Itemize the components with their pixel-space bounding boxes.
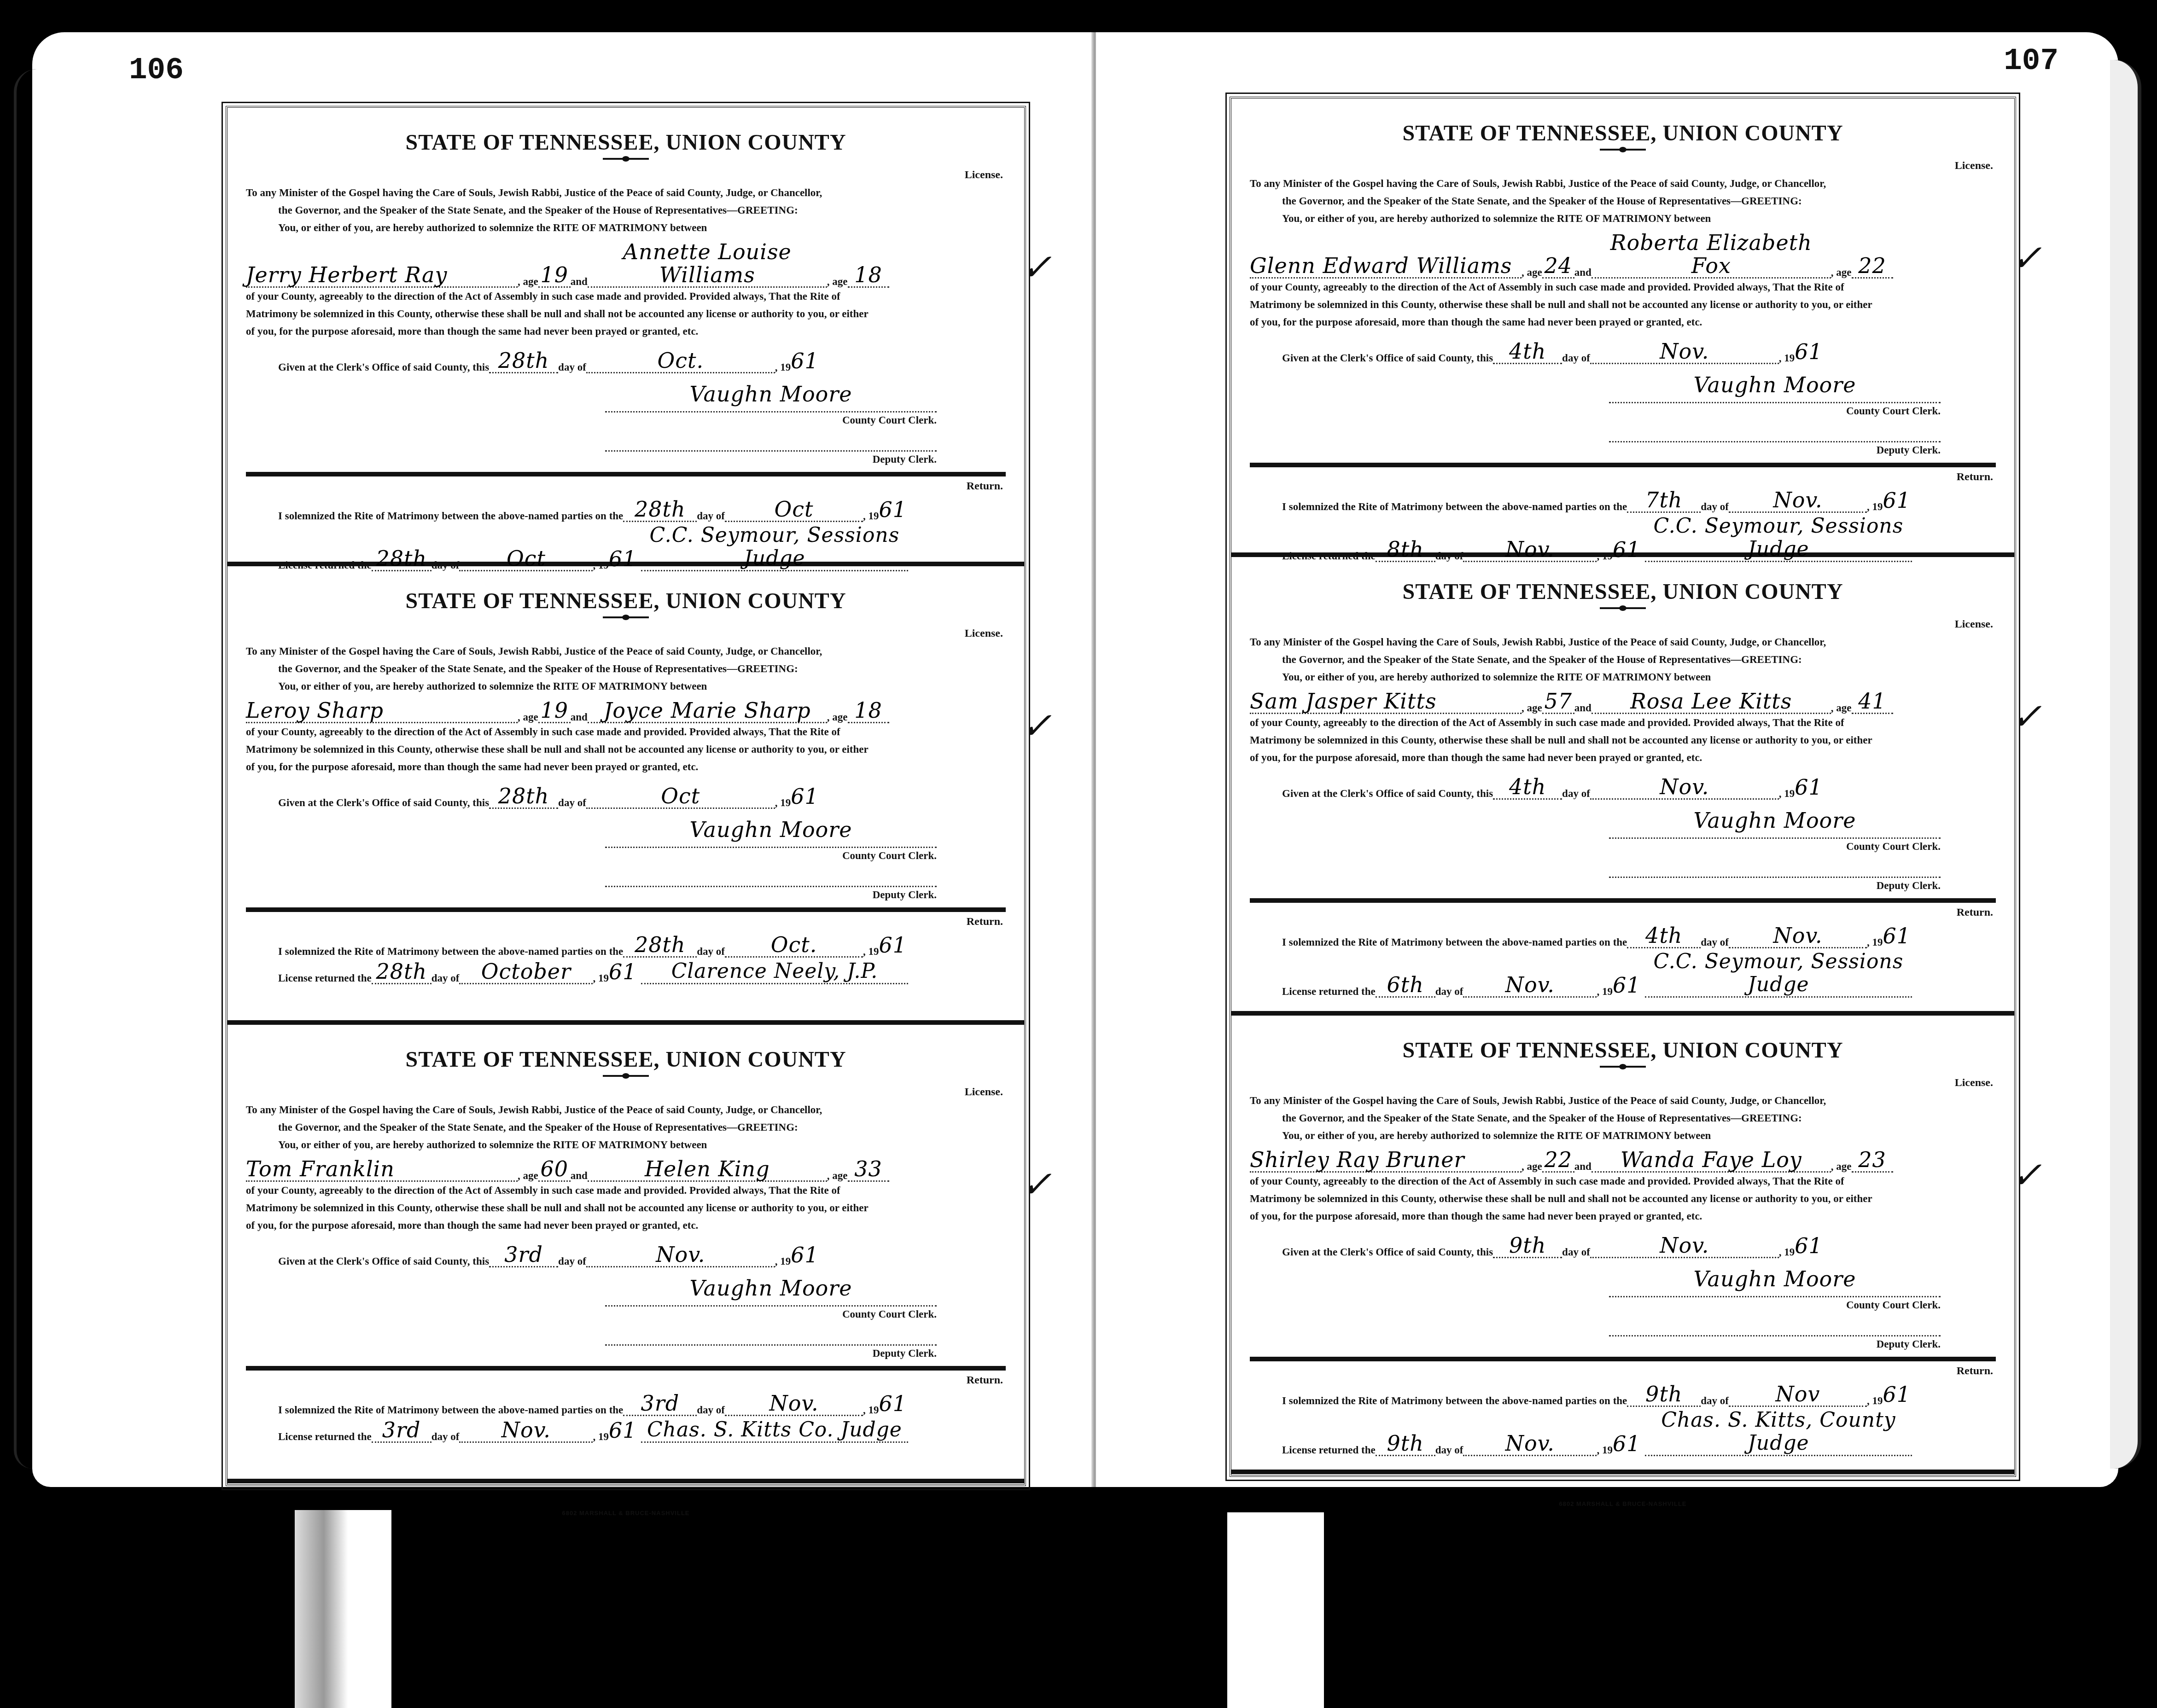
clerk-signature-block: Vaughn Moore County Court Clerk. Deputy … xyxy=(1609,372,1941,456)
bride-name: Joyce Marie Sharp xyxy=(588,699,827,723)
returned-day: 6th xyxy=(1376,973,1435,998)
salutation-line-1: To any Minister of the Gospel having the… xyxy=(1250,633,1996,651)
body-line-2: Matrimony be solemnized in this County, … xyxy=(246,1199,1006,1217)
solemnized-month: Nov. xyxy=(725,1392,863,1416)
license-label: License. xyxy=(1250,618,1993,631)
returned-row: License returned the 28th day of Oct , 1… xyxy=(246,524,1006,571)
day-of-label: day of xyxy=(1435,986,1463,998)
page-left: 106 STATE OF TENNESSEE, UNION COUNTY Lic… xyxy=(32,32,1091,1487)
ornament-divider xyxy=(1600,149,1646,153)
license-label: License. xyxy=(246,627,1003,640)
ornament-divider xyxy=(1600,607,1646,612)
returned-prefix: License returned the xyxy=(1282,986,1376,998)
authorization-text: You, or either of you, are hereby author… xyxy=(1250,668,1996,686)
solemnized-day: 28th xyxy=(623,498,697,522)
solemnized-month: Oct. xyxy=(725,933,863,958)
deputy-clerk-caption: Deputy Clerk. xyxy=(1609,880,1941,892)
and-label: and xyxy=(1574,702,1592,714)
section-divider xyxy=(1250,1357,1996,1361)
marriage-license: STATE OF TENNESSEE, UNION COUNTY License… xyxy=(1231,1016,2014,1474)
solemnized-row: I solemnized the Rite of Matrimony betwe… xyxy=(1250,924,1996,948)
solemnized-month: Nov. xyxy=(1729,488,1867,513)
page-edge-left xyxy=(14,69,44,1469)
issued-day: 3rd xyxy=(489,1243,558,1267)
officiant-signature: C.C. Seymour, Sessions Judge xyxy=(641,524,908,571)
returned-year: 61 xyxy=(1613,973,1631,998)
returned-row: License returned the 6th day of Nov. , 1… xyxy=(1250,950,1996,998)
body-line-3: of you, for the purpose aforesaid, more … xyxy=(1250,314,1996,331)
clerk-signature-block: Vaughn Moore County Court Clerk. Deputy … xyxy=(605,817,937,901)
parties-row: Glenn Edward Williams , age 24 and Rober… xyxy=(1250,231,1996,279)
license-forms-frame-left: STATE OF TENNESSEE, UNION COUNTY License… xyxy=(226,106,1026,1486)
clerk-signature: Vaughn Moore xyxy=(1609,372,1941,403)
given-prefix: Given at the Clerk's Office of said Coun… xyxy=(1282,1246,1493,1258)
solemnized-month: Nov. xyxy=(1729,924,1867,948)
groom-age: 19 xyxy=(538,699,571,723)
check-mark-icon: ✓ xyxy=(1021,704,1052,747)
solemnized-day: 28th xyxy=(623,933,697,958)
day-of-label: day of xyxy=(1701,501,1729,513)
officiant-signature: C.C. Seymour, Sessions Judge xyxy=(1645,515,1912,562)
year-prefix: , 19 xyxy=(1867,1395,1883,1407)
returned-row: License returned the 3rd day of Nov. , 1… xyxy=(246,1418,1006,1443)
given-prefix: Given at the Clerk's Office of said Coun… xyxy=(1282,788,1493,800)
clerk-signature: Vaughn Moore xyxy=(605,1276,937,1307)
issued-day: 28th xyxy=(489,349,558,373)
age-label: , age xyxy=(1522,702,1542,714)
body-line-2: Matrimony be solemnized in this County, … xyxy=(1250,296,1996,314)
salutation-line-1: To any Minister of the Gospel having the… xyxy=(1250,175,1996,192)
solemnized-day: 3rd xyxy=(623,1392,697,1416)
year-prefix: , 19 xyxy=(863,1404,879,1416)
county-court-clerk-caption: County Court Clerk. xyxy=(605,850,937,862)
bride-name: Roberta Elizabeth Fox xyxy=(1592,231,1831,279)
solemnized-row: I solemnized the Rite of Matrimony betwe… xyxy=(246,497,1006,522)
day-of-label: day of xyxy=(558,797,586,809)
day-of-label: day of xyxy=(697,946,725,958)
body-line-3: of you, for the purpose aforesaid, more … xyxy=(246,323,1006,340)
parties-row: Tom Franklin , age 60 and Helen King , a… xyxy=(246,1157,1006,1182)
clerk-signature: Vaughn Moore xyxy=(605,382,937,412)
solemnized-row: I solemnized the Rite of Matrimony betwe… xyxy=(246,1391,1006,1416)
year-prefix: , 19 xyxy=(1779,1246,1795,1258)
issued-year: 61 xyxy=(1795,339,1813,364)
body-line-3: of you, for the purpose aforesaid, more … xyxy=(1250,1208,1996,1225)
year-prefix: , 19 xyxy=(593,1431,609,1443)
salutation-line-1: To any Minister of the Gospel having the… xyxy=(1250,1092,1996,1110)
ornament-divider xyxy=(603,158,649,163)
day-of-label: day of xyxy=(431,972,460,984)
returned-year: 61 xyxy=(609,1418,627,1443)
and-label: and xyxy=(571,276,588,288)
authorization-text: You, or either of you, are hereby author… xyxy=(246,219,1006,237)
deputy-clerk-caption: Deputy Clerk. xyxy=(605,1348,937,1359)
solemnized-prefix: I solemnized the Rite of Matrimony betwe… xyxy=(278,946,623,958)
returned-prefix: License returned the xyxy=(278,1431,372,1443)
returned-row: License returned the 9th day of Nov. , 1… xyxy=(1250,1409,1996,1456)
returned-year: 61 xyxy=(1613,1431,1631,1456)
groom-age: 60 xyxy=(538,1157,571,1182)
parties-row: Sam Jasper Kitts , age 57 and Rosa Lee K… xyxy=(1250,690,1996,714)
salutation-line-1: To any Minister of the Gospel having the… xyxy=(246,184,1006,202)
officiant-signature: Clarence Neely, J.P. xyxy=(641,960,908,984)
marriage-license: STATE OF TENNESSEE, UNION COUNTY License… xyxy=(1231,557,2014,1016)
salutation-line-2: the Governor, and the Speaker of the Sta… xyxy=(1250,651,1996,668)
page-number-right: 107 xyxy=(2004,44,2058,78)
paper-slip-right xyxy=(1227,1512,1324,1708)
bride-age: 18 xyxy=(848,263,889,288)
year-prefix: , 19 xyxy=(775,361,791,373)
deputy-clerk-caption: Deputy Clerk. xyxy=(605,889,937,901)
salutation-line-1: To any Minister of the Gospel having the… xyxy=(246,1101,1006,1119)
parties-row: Shirley Ray Bruner , age 22 and Wanda Fa… xyxy=(1250,1148,1996,1173)
year-prefix: , 19 xyxy=(863,946,879,958)
returned-day: 28th xyxy=(372,960,431,984)
ornament-divider xyxy=(1600,1066,1646,1070)
age-label: , age xyxy=(518,276,538,288)
groom-name: Tom Franklin xyxy=(246,1157,518,1182)
groom-age: 57 xyxy=(1542,690,1574,714)
bride-age: 23 xyxy=(1852,1148,1893,1173)
bride-age: 22 xyxy=(1852,254,1893,279)
bride-age: 18 xyxy=(848,699,889,723)
body-line-1: of your County, agreeably to the directi… xyxy=(1250,1173,1996,1190)
authorization-text: You, or either of you, are hereby author… xyxy=(1250,1127,1996,1144)
day-of-label: day of xyxy=(1701,1395,1729,1407)
returned-row: License returned the 8th day of Nov. , 1… xyxy=(1250,515,1996,562)
solemnized-day: 4th xyxy=(1627,924,1701,948)
groom-age: 22 xyxy=(1542,1148,1574,1173)
day-of-label: day of xyxy=(558,1255,586,1267)
solemnized-day: 7th xyxy=(1627,488,1701,513)
return-label: Return. xyxy=(246,916,1003,928)
solemnized-month: Oct xyxy=(725,498,863,522)
clerk-signature-block: Vaughn Moore County Court Clerk. Deputy … xyxy=(1609,1266,1941,1350)
clerk-signature: Vaughn Moore xyxy=(605,817,937,848)
register-book: 106 STATE OF TENNESSEE, UNION COUNTY Lic… xyxy=(32,18,2123,1492)
returned-month: Nov. xyxy=(1463,1432,1597,1456)
body-line-1: of your County, agreeably to the directi… xyxy=(1250,714,1996,732)
returned-day: 9th xyxy=(1376,1432,1435,1456)
issued-year: 61 xyxy=(791,784,809,809)
return-label: Return. xyxy=(1250,1365,1993,1377)
parties-row: Jerry Herbert Ray , age 19 and Annette L… xyxy=(246,240,1006,288)
issued-day: 9th xyxy=(1493,1234,1562,1258)
year-prefix: , 19 xyxy=(593,972,609,984)
issued-date-row: Given at the Clerk's Office of said Coun… xyxy=(1250,775,1996,800)
body-line-3: of you, for the purpose aforesaid, more … xyxy=(246,758,1006,776)
body-line-1: of your County, agreeably to the directi… xyxy=(246,1182,1006,1199)
body-line-1: of your County, agreeably to the directi… xyxy=(246,723,1006,741)
license-label: License. xyxy=(246,1086,1003,1098)
body-line-2: Matrimony be solemnized in this County, … xyxy=(246,305,1006,323)
issued-year: 61 xyxy=(791,349,809,373)
marriage-license: STATE OF TENNESSEE, UNION COUNTY License… xyxy=(227,108,1024,566)
issued-month: Oct xyxy=(586,784,775,809)
age-label: , age xyxy=(827,1170,848,1182)
given-prefix: Given at the Clerk's Office of said Coun… xyxy=(278,361,489,373)
page-edge-right xyxy=(2110,60,2141,1469)
form-title: STATE OF TENNESSEE, UNION COUNTY xyxy=(246,130,1006,155)
solemnized-year: 61 xyxy=(879,1391,902,1416)
issued-date-row: Given at the Clerk's Office of said Coun… xyxy=(246,784,1006,809)
groom-name: Sam Jasper Kitts xyxy=(1250,690,1522,714)
issued-date-row: Given at the Clerk's Office of said Coun… xyxy=(1250,1233,1996,1258)
solemnized-year: 61 xyxy=(1883,924,1906,948)
groom-age: 19 xyxy=(538,263,571,288)
issued-month: Nov. xyxy=(1590,775,1779,800)
issued-day: 28th xyxy=(489,784,558,809)
returned-prefix: License returned the xyxy=(278,972,372,984)
salutation-line-1: To any Minister of the Gospel having the… xyxy=(246,643,1006,660)
check-mark-icon: ✓ xyxy=(2011,237,2042,279)
marriage-license: STATE OF TENNESSEE, UNION COUNTY License… xyxy=(1231,99,2014,557)
clerk-signature-block: Vaughn Moore County Court Clerk. Deputy … xyxy=(1609,808,1941,892)
parties-row: Leroy Sharp , age 19 and Joyce Marie Sha… xyxy=(246,699,1006,723)
form-title: STATE OF TENNESSEE, UNION COUNTY xyxy=(246,1047,1006,1072)
salutation-line-2: the Governor, and the Speaker of the Sta… xyxy=(1250,192,1996,210)
groom-age: 24 xyxy=(1542,254,1574,279)
section-divider xyxy=(246,472,1006,476)
clerk-signature-block: Vaughn Moore County Court Clerk. Deputy … xyxy=(605,382,937,465)
page-right: 107 STATE OF TENNESSEE, UNION COUNTY Lic… xyxy=(1096,32,2118,1487)
issued-day: 4th xyxy=(1493,340,1562,364)
day-of-label: day of xyxy=(1562,1246,1590,1258)
license-label: License. xyxy=(1250,160,1993,172)
age-label: , age xyxy=(1522,267,1542,279)
county-court-clerk-caption: County Court Clerk. xyxy=(1609,405,1941,417)
year-prefix: , 19 xyxy=(1597,1444,1613,1456)
county-court-clerk-caption: County Court Clerk. xyxy=(605,414,937,426)
clerk-signature: Vaughn Moore xyxy=(1609,1266,1941,1297)
year-prefix: , 19 xyxy=(1867,501,1883,513)
returned-row: License returned the 28th day of October… xyxy=(246,959,1006,984)
day-of-label: day of xyxy=(1562,352,1590,364)
solemnized-year: 61 xyxy=(1883,488,1906,513)
solemnized-day: 9th xyxy=(1627,1383,1701,1407)
salutation-line-2: the Governor, and the Speaker of the Sta… xyxy=(1250,1110,1996,1127)
groom-name: Shirley Ray Bruner xyxy=(1250,1148,1522,1173)
return-label: Return. xyxy=(246,480,1003,493)
page-number-left: 106 xyxy=(129,53,184,87)
age-label: , age xyxy=(1831,1161,1852,1173)
year-prefix: , 19 xyxy=(775,1255,791,1267)
year-prefix: , 19 xyxy=(1779,788,1795,800)
day-of-label: day of xyxy=(1701,936,1729,948)
issued-date-row: Given at the Clerk's Office of said Coun… xyxy=(246,349,1006,373)
body-line-1: of your County, agreeably to the directi… xyxy=(1250,279,1996,296)
clerk-signature: Vaughn Moore xyxy=(1609,808,1941,839)
section-divider xyxy=(246,907,1006,912)
deputy-signature xyxy=(605,1320,937,1346)
printer-mark: 6802 MARSHALL & BRUCE-NASHVILLE xyxy=(562,1510,689,1516)
section-divider xyxy=(1250,898,1996,903)
section-divider xyxy=(246,1366,1006,1371)
age-label: , age xyxy=(518,711,538,723)
body-line-2: Matrimony be solemnized in this County, … xyxy=(1250,1190,1996,1208)
check-mark-icon: ✓ xyxy=(2011,695,2042,738)
groom-name: Leroy Sharp xyxy=(246,699,518,723)
body-line-2: Matrimony be solemnized in this County, … xyxy=(1250,732,1996,749)
issued-year: 61 xyxy=(1795,1233,1813,1258)
issued-month: Nov. xyxy=(586,1243,775,1267)
license-label: License. xyxy=(246,169,1003,181)
age-label: , age xyxy=(1831,267,1852,279)
age-label: , age xyxy=(1522,1161,1542,1173)
age-label: , age xyxy=(827,711,848,723)
issued-date-row: Given at the Clerk's Office of said Coun… xyxy=(246,1243,1006,1267)
returned-day: 3rd xyxy=(372,1418,431,1443)
and-label: and xyxy=(1574,267,1592,279)
year-prefix: , 19 xyxy=(1779,352,1795,364)
day-of-label: day of xyxy=(697,510,725,522)
return-label: Return. xyxy=(246,1374,1003,1387)
day-of-label: day of xyxy=(1562,788,1590,800)
day-of-label: day of xyxy=(1435,1444,1463,1456)
printer-mark: 6802 MARSHALL & BRUCE-NASHVILLE xyxy=(1559,1500,1686,1507)
salutation-line-2: the Governor, and the Speaker of the Sta… xyxy=(246,660,1006,678)
bride-name: Helen King xyxy=(588,1157,827,1182)
return-label: Return. xyxy=(1250,906,1993,919)
age-label: , age xyxy=(518,1170,538,1182)
deputy-signature xyxy=(605,862,937,887)
returned-month: Nov. xyxy=(1463,973,1597,998)
form-title: STATE OF TENNESSEE, UNION COUNTY xyxy=(246,588,1006,614)
license-label: License. xyxy=(1250,1077,1993,1089)
section-divider xyxy=(1250,463,1996,467)
returned-year: 61 xyxy=(609,959,627,984)
officiant-signature: Chas. S. Kitts Co. Judge xyxy=(641,1418,908,1443)
authorization-text: You, or either of you, are hereby author… xyxy=(246,678,1006,695)
solemnized-prefix: I solemnized the Rite of Matrimony betwe… xyxy=(1282,936,1627,948)
solemnized-prefix: I solemnized the Rite of Matrimony betwe… xyxy=(1282,501,1627,513)
and-label: and xyxy=(571,711,588,723)
body-line-1: of your County, agreeably to the directi… xyxy=(246,288,1006,305)
groom-name: Glenn Edward Williams xyxy=(1250,254,1522,279)
deputy-signature xyxy=(1609,417,1941,442)
paper-slip-left xyxy=(295,1510,391,1708)
marriage-license: STATE OF TENNESSEE, UNION COUNTY License… xyxy=(227,1025,1024,1483)
form-title: STATE OF TENNESSEE, UNION COUNTY xyxy=(1250,121,1996,146)
license-forms-frame-right: STATE OF TENNESSEE, UNION COUNTY License… xyxy=(1230,97,2016,1477)
solemnized-row: I solemnized the Rite of Matrimony betwe… xyxy=(1250,488,1996,513)
body-line-3: of you, for the purpose aforesaid, more … xyxy=(246,1217,1006,1234)
deputy-clerk-caption: Deputy Clerk. xyxy=(1609,444,1941,456)
clerk-signature-block: Vaughn Moore County Court Clerk. Deputy … xyxy=(605,1276,937,1359)
form-title: STATE OF TENNESSEE, UNION COUNTY xyxy=(1250,579,1996,604)
solemnized-prefix: I solemnized the Rite of Matrimony betwe… xyxy=(1282,1395,1627,1407)
county-court-clerk-caption: County Court Clerk. xyxy=(1609,1299,1941,1311)
officiant-signature: Chas. S. Kitts, County Judge xyxy=(1645,1409,1912,1456)
marriage-license: STATE OF TENNESSEE, UNION COUNTY License… xyxy=(227,566,1024,1025)
county-court-clerk-caption: County Court Clerk. xyxy=(1609,841,1941,853)
form-title: STATE OF TENNESSEE, UNION COUNTY xyxy=(1250,1038,1996,1063)
officiant-signature: C.C. Seymour, Sessions Judge xyxy=(1645,950,1912,998)
solemnized-year: 61 xyxy=(879,933,902,958)
issued-month: Nov. xyxy=(1590,1234,1779,1258)
deputy-signature xyxy=(1609,853,1941,878)
issued-year: 61 xyxy=(791,1243,809,1267)
deputy-signature xyxy=(605,426,937,452)
check-mark-icon: ✓ xyxy=(1021,246,1052,289)
solemnized-month: Nov xyxy=(1729,1383,1867,1407)
solemnized-row: I solemnized the Rite of Matrimony betwe… xyxy=(246,933,1006,958)
county-court-clerk-caption: County Court Clerk. xyxy=(605,1308,937,1320)
day-of-label: day of xyxy=(558,361,586,373)
age-label: , age xyxy=(1831,702,1852,714)
groom-name: Jerry Herbert Ray xyxy=(246,263,518,288)
body-line-3: of you, for the purpose aforesaid, more … xyxy=(1250,749,1996,767)
solemnized-year: 61 xyxy=(879,497,902,522)
returned-month: Nov. xyxy=(459,1418,593,1443)
issued-day: 4th xyxy=(1493,775,1562,800)
salutation-line-2: the Governor, and the Speaker of the Sta… xyxy=(246,1119,1006,1136)
ornament-divider xyxy=(603,1075,649,1080)
solemnized-row: I solemnized the Rite of Matrimony betwe… xyxy=(1250,1382,1996,1407)
and-label: and xyxy=(1574,1161,1592,1173)
given-prefix: Given at the Clerk's Office of said Coun… xyxy=(278,1255,489,1267)
year-prefix: , 19 xyxy=(863,510,879,522)
issued-date-row: Given at the Clerk's Office of said Coun… xyxy=(1250,339,1996,364)
issued-year: 61 xyxy=(1795,775,1813,800)
deputy-signature xyxy=(1609,1311,1941,1336)
check-mark-icon: ✓ xyxy=(1021,1163,1052,1206)
check-mark-icon: ✓ xyxy=(2011,1154,2042,1197)
bride-name: Rosa Lee Kitts xyxy=(1592,690,1831,714)
deputy-clerk-caption: Deputy Clerk. xyxy=(1609,1338,1941,1350)
and-label: and xyxy=(571,1170,588,1182)
body-line-2: Matrimony be solemnized in this County, … xyxy=(246,741,1006,758)
age-label: , age xyxy=(827,276,848,288)
solemnized-prefix: I solemnized the Rite of Matrimony betwe… xyxy=(278,510,623,522)
returned-month: October xyxy=(459,960,593,984)
authorization-text: You, or either of you, are hereby author… xyxy=(246,1136,1006,1154)
solemnized-year: 61 xyxy=(1883,1382,1906,1407)
deputy-clerk-caption: Deputy Clerk. xyxy=(605,453,937,465)
return-label: Return. xyxy=(1250,471,1993,483)
bride-name: Annette Louise Williams xyxy=(588,240,827,288)
bride-age: 41 xyxy=(1852,690,1893,714)
given-prefix: Given at the Clerk's Office of said Coun… xyxy=(1282,352,1493,364)
year-prefix: , 19 xyxy=(775,797,791,809)
bride-age: 33 xyxy=(848,1157,889,1182)
returned-prefix: License returned the xyxy=(1282,1444,1376,1456)
solemnized-prefix: I solemnized the Rite of Matrimony betwe… xyxy=(278,1404,623,1416)
issued-month: Oct. xyxy=(586,349,775,373)
given-prefix: Given at the Clerk's Office of said Coun… xyxy=(278,797,489,809)
day-of-label: day of xyxy=(697,1404,725,1416)
day-of-label: day of xyxy=(431,1431,460,1443)
year-prefix: , 19 xyxy=(1867,936,1883,948)
year-prefix: , 19 xyxy=(1597,986,1613,998)
issued-month: Nov. xyxy=(1590,340,1779,364)
bride-name: Wanda Faye Loy xyxy=(1592,1148,1831,1173)
ornament-divider xyxy=(603,616,649,621)
authorization-text: You, or either of you, are hereby author… xyxy=(1250,210,1996,227)
salutation-line-2: the Governor, and the Speaker of the Sta… xyxy=(246,202,1006,219)
